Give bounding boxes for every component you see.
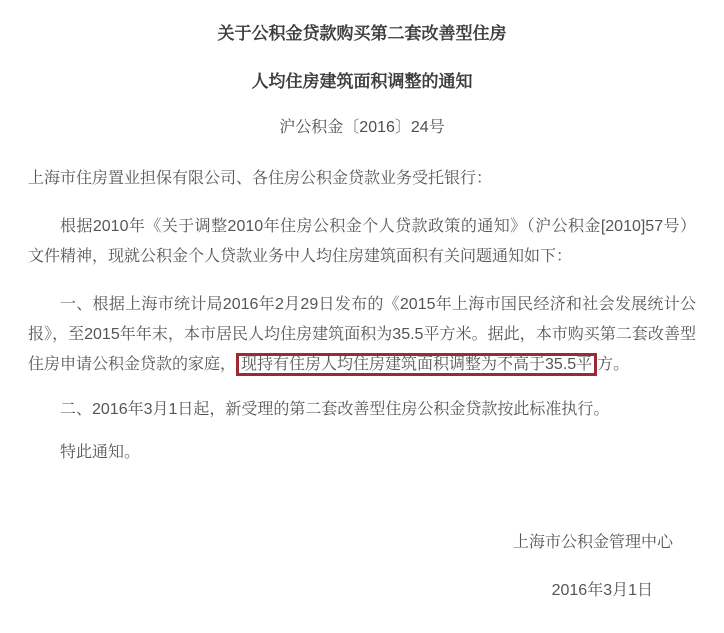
issue-date: 2016年3月1日: [28, 576, 696, 606]
notice-document: 关于公积金贷款购买第二套改善型住房 人均住房建筑面积调整的通知 沪公积金〔201…: [0, 0, 724, 633]
item-1-text-after: 方。: [597, 356, 629, 373]
highlight-box: 现持有住房人均住房建筑面积调整为不高于35.5平: [236, 353, 597, 376]
document-number: 沪公积金〔2016〕24号: [28, 117, 696, 139]
closing-phrase: 特此通知。: [28, 438, 696, 468]
page-title-line-2: 人均住房建筑面积调整的通知: [28, 70, 696, 94]
item-1-paragraph: 一、根据上海市统计局2016年2月29日发布的《2015年上海市国民经济和社会发…: [28, 290, 696, 380]
page-title-line-1: 关于公积金贷款购买第二套改善型住房: [28, 22, 696, 46]
item-2-paragraph: 二、2016年3月1日起，新受理的第二套改善型住房公积金贷款按此标准执行。: [28, 395, 696, 425]
issuer-signature: 上海市公积金管理中心: [28, 528, 696, 558]
intro-paragraph: 根据2010年《关于调整2010年住房公积金个人贷款政策的通知》（沪公积金[20…: [28, 212, 696, 272]
salutation: 上海市住房置业担保有限公司、各住房公积金贷款业务受托银行：: [28, 164, 696, 194]
